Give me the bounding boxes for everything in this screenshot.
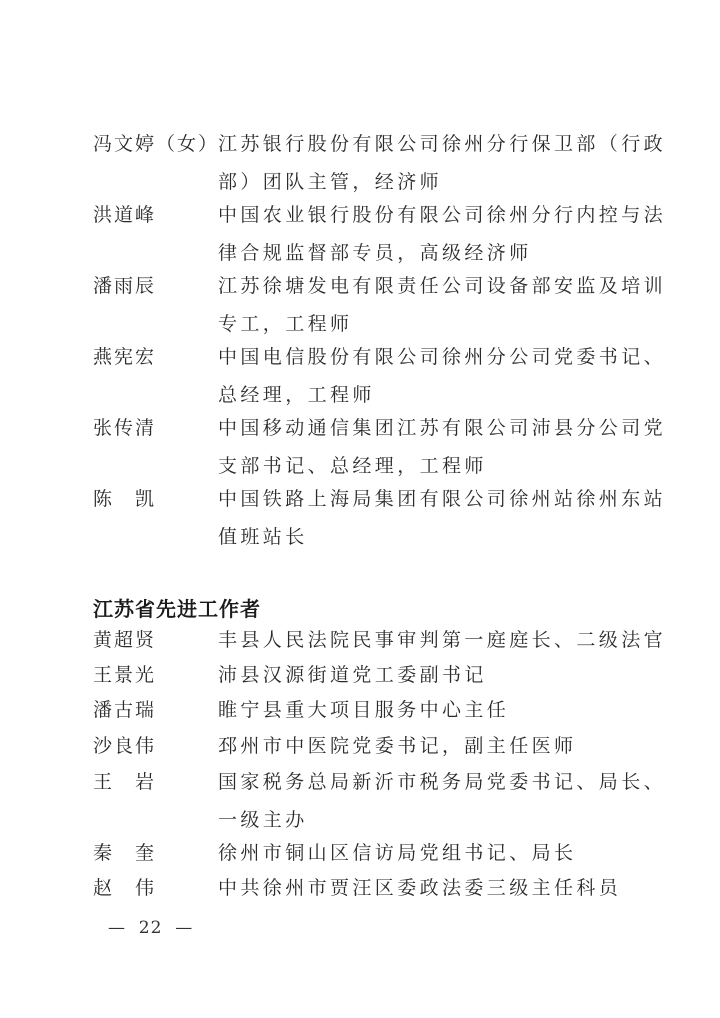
person-description: 中国铁路上海局集团有限公司徐州站徐州东站 值班站长 <box>218 480 633 556</box>
description-line: 中国移动通信集团江苏有限公司沛县分公司党 <box>218 409 633 447</box>
description-line: 国家税务总局新沂市税务局党委书记、局长、 <box>218 763 633 801</box>
description-line: 丰县人民法院民事审判第一庭庭长、二级法官 <box>218 621 633 659</box>
description-line: 中国电信股份有限公司徐州分公司党委书记、 <box>218 338 633 376</box>
person-name: 潘雨辰 <box>93 267 218 305</box>
person-description: 中国电信股份有限公司徐州分公司党委书记、 总经理，工程师 <box>218 338 633 414</box>
person-description: 江苏银行股份有限公司徐州分行保卫部（行政 部）团队主管，经济师 <box>218 125 633 201</box>
person-name: 赵 伟 <box>93 869 218 907</box>
person-name: 王 岩 <box>93 763 218 801</box>
person-name: 黄超贤 <box>93 621 218 659</box>
page-number: — 22 — <box>108 918 193 938</box>
person-description: 徐州市铜山区信访局党组书记、局长 <box>218 834 633 872</box>
description-line: 邳州市中医院党委书记，副主任医师 <box>218 727 633 765</box>
person-description: 邳州市中医院党委书记，副主任医师 <box>218 727 633 765</box>
person-name: 洪道峰 <box>93 196 218 234</box>
person-description: 国家税务总局新沂市税务局党委书记、局长、 一级主办 <box>218 763 633 839</box>
person-description: 睢宁县重大项目服务中心主任 <box>218 691 633 729</box>
document-page: 冯文婷（女） 江苏银行股份有限公司徐州分行保卫部（行政 部）团队主管，经济师 洪… <box>0 0 720 1018</box>
description-line: 中国农业银行股份有限公司徐州分行内控与法 <box>218 196 633 234</box>
person-description: 中共徐州市贾汪区委政法委三级主任科员 <box>218 869 633 907</box>
description-line: 睢宁县重大项目服务中心主任 <box>218 691 633 729</box>
person-name: 秦 奎 <box>93 834 218 872</box>
person-name: 潘古瑞 <box>93 691 218 729</box>
description-line: 值班站长 <box>218 518 633 556</box>
person-name: 王景光 <box>93 656 218 694</box>
person-description: 中国移动通信集团江苏有限公司沛县分公司党 支部书记、总经理，工程师 <box>218 409 633 485</box>
person-description: 中国农业银行股份有限公司徐州分行内控与法 律合规监督部专员，高级经济师 <box>218 196 633 272</box>
person-name: 张传清 <box>93 409 218 447</box>
person-description: 沛县汉源街道党工委副书记 <box>218 656 633 694</box>
description-line: 徐州市铜山区信访局党组书记、局长 <box>218 834 633 872</box>
person-description: 丰县人民法院民事审判第一庭庭长、二级法官 <box>218 621 633 659</box>
person-name: 冯文婷（女） <box>93 125 218 163</box>
description-line: 中国铁路上海局集团有限公司徐州站徐州东站 <box>218 480 633 518</box>
person-name: 沙良伟 <box>93 727 218 765</box>
person-name: 陈 凯 <box>93 480 218 518</box>
person-name: 燕宪宏 <box>93 338 218 376</box>
description-line: 江苏银行股份有限公司徐州分行保卫部（行政 <box>218 125 633 163</box>
description-line: 江苏徐塘发电有限责任公司设备部安监及培训 <box>218 267 633 305</box>
description-line: 中共徐州市贾汪区委政法委三级主任科员 <box>218 869 633 907</box>
section-title: 江苏省先进工作者 <box>93 593 261 622</box>
description-line: 沛县汉源街道党工委副书记 <box>218 656 633 694</box>
person-description: 江苏徐塘发电有限责任公司设备部安监及培训 专工，工程师 <box>218 267 633 343</box>
